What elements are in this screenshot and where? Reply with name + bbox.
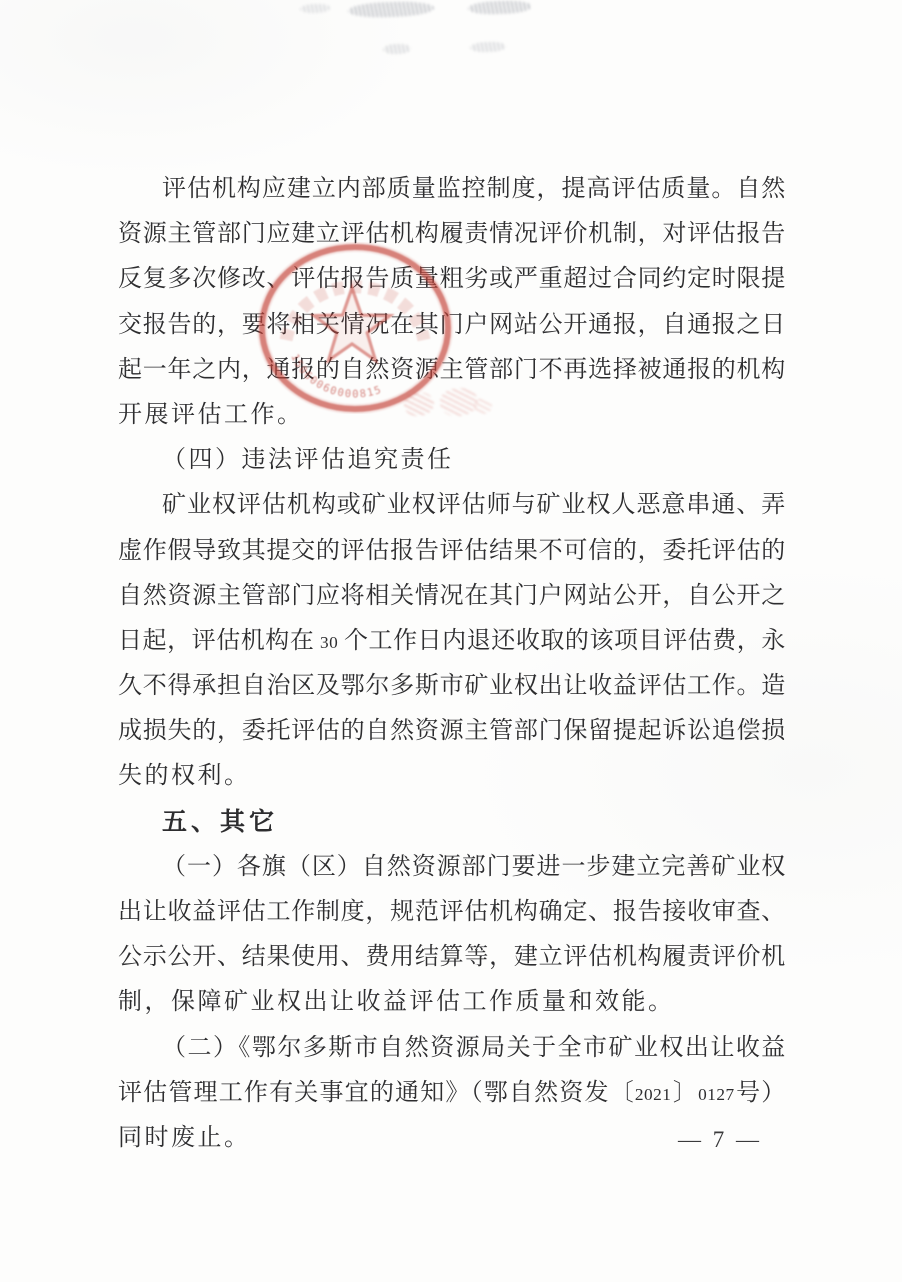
page-number: — 7 —: [678, 1127, 762, 1153]
text-line: 公示公开、结果使用、费用结算等，建立评估机构履责评价机: [118, 935, 785, 980]
bleedthrough-stain: [468, 0, 532, 15]
text-line: 起一年之内，通报的自然资源主管部门不再选择被通报的机构: [118, 348, 785, 393]
text-line: 制，保障矿业权出让收益评估工作质量和效能。: [118, 980, 785, 1025]
text-line: 资源主管部门应建立评估机构履责情况评价机制，对评估报告: [118, 212, 785, 257]
section-heading: 五、其它: [118, 800, 785, 845]
bleedthrough-stain: [300, 3, 330, 13]
numeral-run: 0127: [698, 1085, 735, 1104]
text-line: 评估机构应建立内部质量监控制度，提高评估质量。自然: [118, 167, 785, 212]
text-line: （二）《鄂尔多斯市自然资源局关于全市矿业权出让收益: [118, 1026, 785, 1071]
text-line: 评估管理工作有关事宜的通知》（鄂自然资发〔2021〕0127号）: [118, 1071, 785, 1116]
text-line: 久不得承担自治区及鄂尔多斯市矿业权出让收益评估工作。造: [118, 664, 785, 709]
text-line: 出让收益评估工作制度，规范评估机构确定、报告接收审查、: [118, 890, 785, 935]
text-line: 反复多次修改、评估报告质量粗劣或严重超过合同约定时限提: [118, 257, 785, 302]
body-text: 评估机构应建立内部质量监控制度，提高评估质量。自然资源主管部门应建立评估机构履责…: [118, 167, 785, 1161]
text-line: 交报告的，要将相关情况在其门户网站公开通报，自通报之日: [118, 303, 785, 348]
text-line: （一）各旗（区）自然资源部门要进一步建立完善矿业权: [118, 845, 785, 890]
text-line: 成损失的，委托评估的自然资源主管部门保留提起诉讼追偿损: [118, 709, 785, 754]
numeral-run: 2021: [635, 1085, 672, 1104]
numeral-run: 30: [314, 633, 344, 652]
text-line: 矿业权评估机构或矿业权评估师与矿业权人恶意串通、弄: [118, 483, 785, 528]
text-line: 失的权利。: [118, 754, 785, 799]
bleedthrough-stain: [383, 44, 411, 55]
bleedthrough-stain: [348, 1, 434, 19]
bleedthrough-stain: [470, 41, 506, 52]
text-line: 自然资源主管部门应将相关情况在其门户网站公开，自公开之: [118, 574, 785, 619]
text-line: 日起，评估机构在 30 个工作日内退还收取的该项目评估费，永: [118, 619, 785, 664]
text-line: 虚作假导致其提交的评估报告评估结果不可信的，委托评估的: [118, 529, 785, 574]
document-page: 评估机构应建立内部质量监控制度，提高评估质量。自然资源主管部门应建立评估机构履责…: [0, 0, 902, 1282]
text-line: （四）违法评估追究责任: [118, 438, 785, 483]
